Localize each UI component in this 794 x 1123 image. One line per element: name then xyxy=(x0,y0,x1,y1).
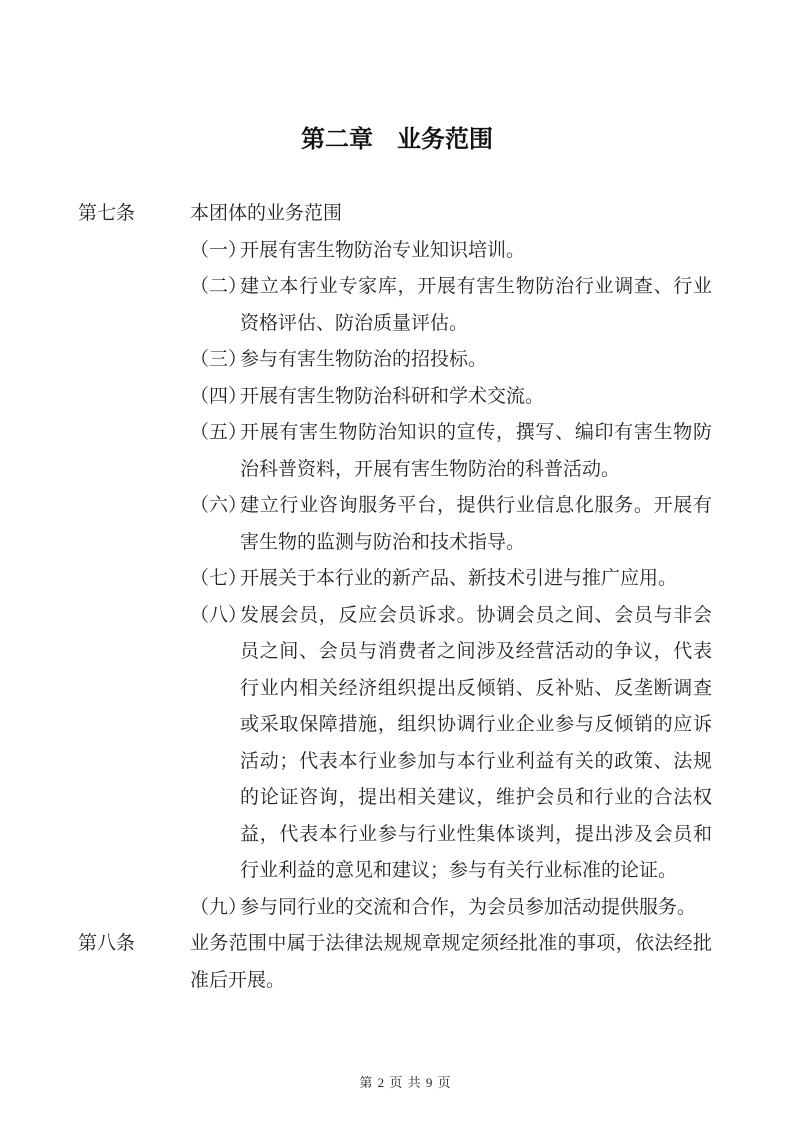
item-3-text: 参与有害生物防治的招投标。 xyxy=(240,349,487,370)
list-item-1: （一） 开展有害生物防治专业知识培训。 xyxy=(190,233,712,270)
item-6-text: 建立行业咨询服务平台，提供行业信息化服务。开展有害生物的监测与防治和技术指导。 xyxy=(240,495,712,553)
item-8-text: 发展会员，反应会员诉求。协调会员之间、会员与非会员之间、会员与消费者之间涉及经营… xyxy=(240,605,712,882)
list-item-6: （六） 建立行业咨询服务平台，提供行业信息化服务。开展有害生物的监测与防治和技术… xyxy=(190,488,712,561)
document-page: 第二章 业务范围 第七条 本团体的业务范围 （一） 开展有害生物防治专业知识培训… xyxy=(0,0,794,1123)
list-item-4: （四） 开展有害生物防治科研和学术交流。 xyxy=(190,379,712,416)
list-item-7: （七） 开展关于本行业的新产品、新技术引进与推广应用。 xyxy=(190,561,712,598)
item-4-marker: （四） xyxy=(190,379,247,416)
item-1-marker: （一） xyxy=(190,233,247,270)
item-3-marker: （三） xyxy=(190,342,247,379)
item-5-marker: （五） xyxy=(190,415,247,452)
list-item-2: （二） 建立本行业专家库，开展有害生物防治行业调查、行业资格评估、防治质量评估。 xyxy=(190,269,712,342)
article-7-intro: 本团体的业务范围 xyxy=(190,196,712,233)
page-footer: 第 2 页 共 9 页 xyxy=(0,1053,794,1113)
article-8-intro: 业务范围中属于法律法规规章规定须经批准的事项，依法经批准后开展。 xyxy=(190,926,712,999)
page-number-indicator: 第 2 页 共 9 页 xyxy=(359,1075,451,1090)
article-7-label: 第七条 xyxy=(78,196,135,233)
item-2-text: 建立本行业专家库，开展有害生物防治行业调查、行业资格评估、防治质量评估。 xyxy=(240,276,712,334)
item-7-marker: （七） xyxy=(190,561,247,598)
list-item-3: （三） 参与有害生物防治的招投标。 xyxy=(190,342,712,379)
item-5-text: 开展有害生物防治知识的宣传，撰写、编印有害生物防治科普资料，开展有害生物防治的科… xyxy=(240,422,712,480)
chapter-title: 第二章 业务范围 xyxy=(0,122,794,158)
article-8-label: 第八条 xyxy=(78,926,135,963)
article-8: 第八条 业务范围中属于法律法规规章规定须经批准的事项，依法经批准后开展。 xyxy=(78,926,712,999)
item-4-text: 开展有害生物防治科研和学术交流。 xyxy=(240,386,544,407)
document-body: 第七条 本团体的业务范围 （一） 开展有害生物防治专业知识培训。 （二） 建立本… xyxy=(78,196,712,999)
item-6-marker: （六） xyxy=(190,488,247,525)
article-7: 第七条 本团体的业务范围 （一） 开展有害生物防治专业知识培训。 （二） 建立本… xyxy=(78,196,712,926)
item-2-marker: （二） xyxy=(190,269,247,306)
list-item-8: （八） 发展会员，反应会员诉求。协调会员之间、会员与非会员之间、会员与消费者之间… xyxy=(190,598,712,890)
list-item-9: （九） 参与同行业的交流和合作，为会员参加活动提供服务。 xyxy=(190,890,712,927)
item-7-text: 开展关于本行业的新产品、新技术引进与推广应用。 xyxy=(240,568,677,589)
list-item-5: （五） 开展有害生物防治知识的宣传，撰写、编印有害生物防治科普资料，开展有害生物… xyxy=(190,415,712,488)
article-7-items: （一） 开展有害生物防治专业知识培训。 （二） 建立本行业专家库，开展有害生物防… xyxy=(190,233,712,927)
item-9-text: 参与同行业的交流和合作，为会员参加活动提供服务。 xyxy=(240,897,696,918)
item-9-marker: （九） xyxy=(190,890,247,927)
item-8-marker: （八） xyxy=(190,598,247,635)
item-1-text: 开展有害生物防治专业知识培训。 xyxy=(240,240,525,261)
